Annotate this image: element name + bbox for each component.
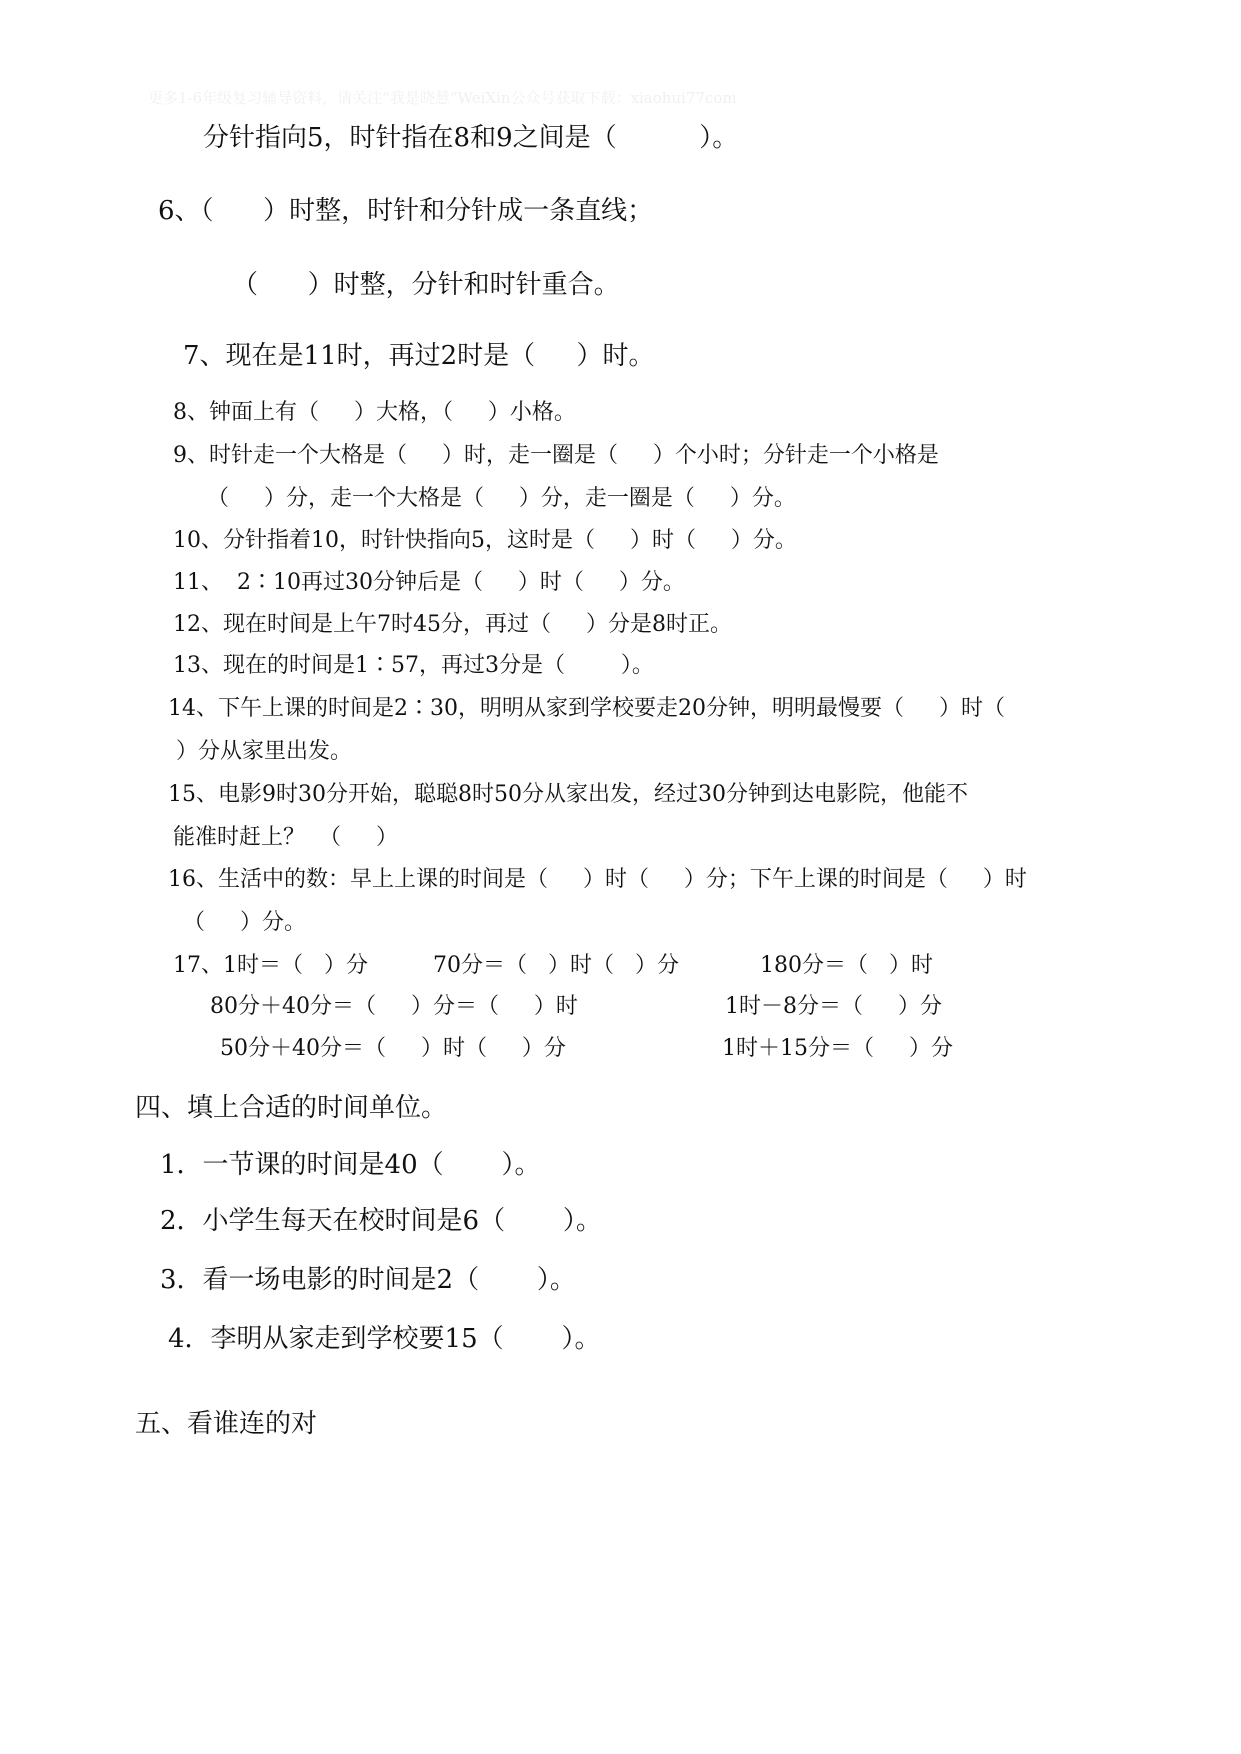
section-5-heading: 五、看谁连的对: [135, 1411, 317, 1437]
q17-row1-c: 180分＝（ ）时: [760, 955, 933, 977]
section-4-item-2: 2．小学生每天在校时间是6（ ）。: [160, 1208, 602, 1234]
question-5-tail: 分针指向5，时针指在8和9之间是（ ）。: [203, 125, 738, 151]
question-15-line-1: 15、电影9时30分开始，聪聪8时50分从家出发，经过30分钟到达电影院，他能不: [168, 784, 968, 806]
question-15-line-2: 能准时赶上？ （ ）: [173, 827, 398, 849]
section-4-item-1: 1．一节课的时间是40（ ）。: [160, 1152, 540, 1178]
question-9-line-1: 9、时针走一个大格是（ ）时，走一圈是（ ）个小时；分针走一个小格是: [173, 445, 939, 467]
question-11: 11、 2∶10再过30分钟后是（ ）时（ ）分。: [173, 572, 685, 594]
question-10: 10、分针指着10，时针快指向5，这时是（ ）时（ ）分。: [173, 530, 797, 552]
watermark: 更多1-6年级复习辅导资料，请关注“我是晓慧”WeiXin公众号获取下载：xia…: [148, 91, 737, 106]
section-4-item-3: 3．看一场电影的时间是2（ ）。: [160, 1267, 576, 1293]
question-9-line-2: （ ）分，走一个大格是（ ）分，走一圈是（ ）分。: [207, 488, 796, 510]
question-12: 12、现在时间是上午7时45分，再过（ ）分是8时正。: [173, 614, 732, 636]
question-6-line-1: 6、（ ）时整，时针和分针成一条直线；: [158, 198, 653, 224]
q17-row3-a: 50分＋40分＝（ ）时（ ）分: [220, 1038, 566, 1060]
question-7: 7、现在是11时，再过2时是（ ）时。: [183, 343, 655, 369]
question-16-line-2: （ ）分。: [183, 912, 306, 934]
q17-row1-a: 17、1时＝（ ）分: [173, 955, 368, 977]
q17-row3-b: 1时＋15分＝（ ）分: [722, 1038, 953, 1060]
question-16-line-1: 16、生活中的数：早上上课的时间是（ ）时（ ）分；下午上课的时间是（ ）时: [168, 869, 1027, 891]
section-4-item-4: 4．李明从家走到学校要15（ ）。: [168, 1326, 600, 1352]
question-8: 8、钟面上有（ ）大格，（ ）小格。: [173, 402, 576, 424]
question-14-line-1: 14、下午上课的时间是2∶30，明明从家到学校要走20分钟，明明最慢要（ ）时（: [168, 698, 1005, 720]
q17-row2-b: 1时－8分＝（ ）分: [725, 996, 942, 1018]
question-14-line-2: ）分从家里出发。: [176, 741, 352, 763]
section-4-heading: 四、填上合适的时间单位。: [135, 1095, 447, 1121]
q17-row2-a: 80分＋40分＝（ ）分＝（ ）时: [210, 996, 578, 1018]
q17-row1-b: 70分＝（ ）时（ ）分: [433, 955, 679, 977]
question-13: 13、现在的时间是1∶57，再过3分是（ ）。: [173, 655, 654, 677]
question-6-line-2: （ ）时整，分针和时针重合。: [232, 272, 620, 298]
